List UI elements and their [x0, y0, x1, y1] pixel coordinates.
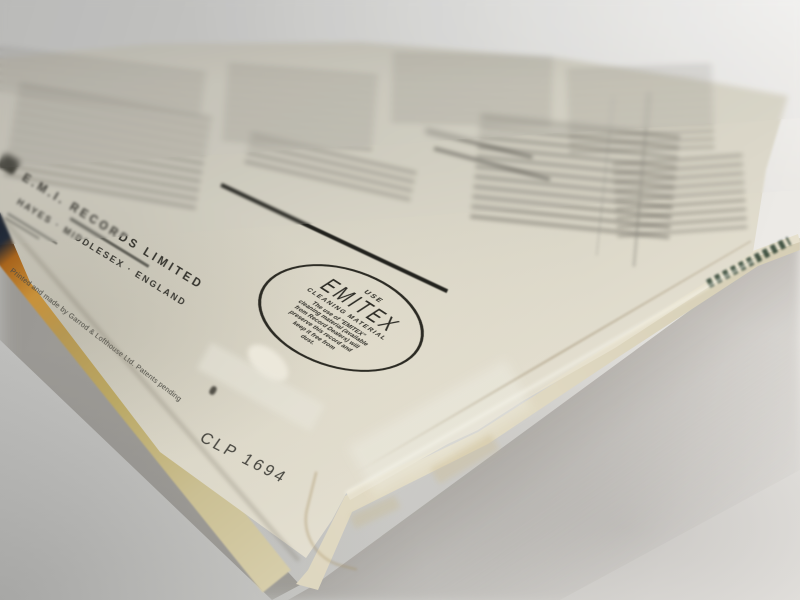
photo-vignette — [0, 0, 800, 600]
photo-frame: E.M.I. RECORDS LIMITED HAYES · MIDDLESEX… — [0, 0, 800, 600]
